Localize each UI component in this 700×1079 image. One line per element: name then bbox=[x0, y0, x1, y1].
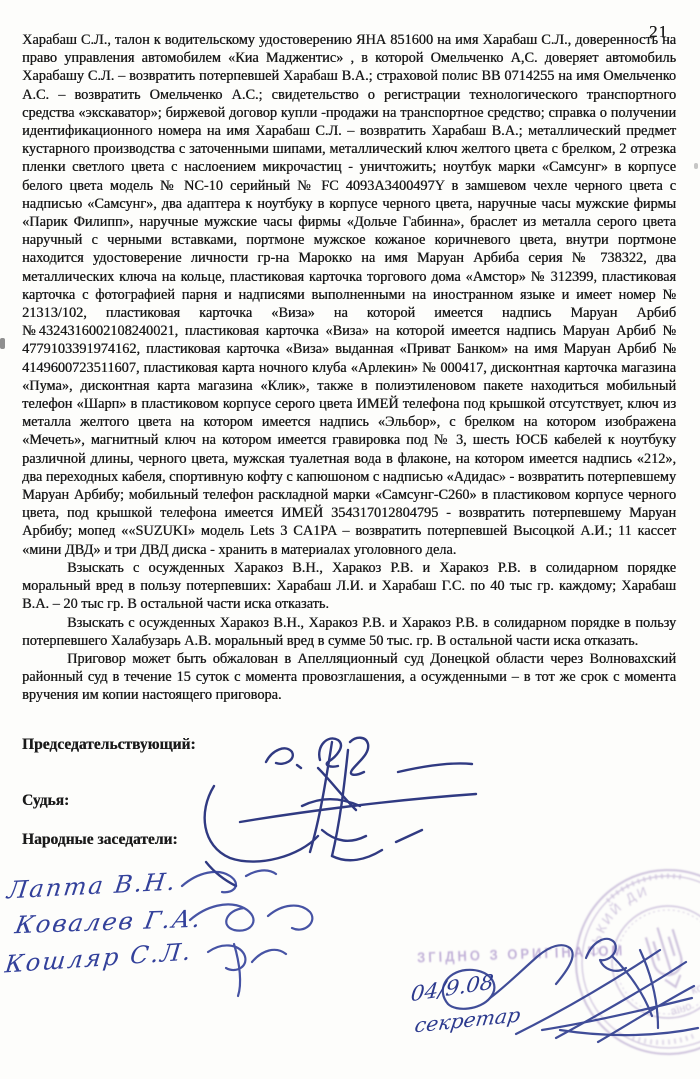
seal-inner-text-aino: аїно bbox=[669, 1000, 693, 1018]
assessor-signature-3 bbox=[208, 944, 286, 996]
scan-artifact-right bbox=[694, 163, 698, 169]
trident-emblem bbox=[644, 923, 689, 990]
assessor-name-2: Ковалев Г.А. bbox=[13, 905, 205, 939]
seal-graphic: СЬКИЙ ДИ код аїно bbox=[553, 847, 700, 1077]
assessor-signature-1 bbox=[182, 870, 276, 892]
presiding-judge-signature bbox=[205, 738, 476, 886]
true-copy-stamp-text: ЗГІДНО З ОРИГІНАЛОМ bbox=[417, 941, 626, 966]
seal-inner-text-kod: код bbox=[689, 978, 700, 997]
assessor-signature-2 bbox=[190, 904, 312, 930]
assessor-name-1: Лапта В.Н. bbox=[6, 868, 179, 905]
paragraph-evidence-disposal: Харабаш С.Л., талон к водительскому удос… bbox=[22, 31, 676, 559]
document-page: 21 Харабаш С.Л., талон к водительскому у… bbox=[0, 0, 700, 1079]
paragraph-moral-damages-1: Взыскать с осужденных Харакоз В.Н., Хара… bbox=[22, 559, 676, 614]
judge-label: Судья: bbox=[22, 792, 69, 810]
body-text: Харабаш С.Л., талон к водительскому удос… bbox=[22, 31, 676, 705]
paragraph-moral-damages-2: Взыскать с осужденных Харакоз В.Н., Хара… bbox=[22, 614, 676, 650]
peoples-assessors-label: Народные заседатели: bbox=[22, 831, 178, 849]
paragraph-appeal-terms: Приговор может быть обжалован в Апелляци… bbox=[22, 650, 676, 705]
handwritten-secretary-label: секретар bbox=[413, 1003, 522, 1038]
scan-artifact-left bbox=[0, 338, 5, 349]
assessor-name-3: Кошляр С.Л. bbox=[4, 938, 194, 979]
handwritten-date: 04/9.08 bbox=[410, 970, 495, 1006]
presiding-judge-label: Председательствующий: bbox=[22, 736, 196, 754]
